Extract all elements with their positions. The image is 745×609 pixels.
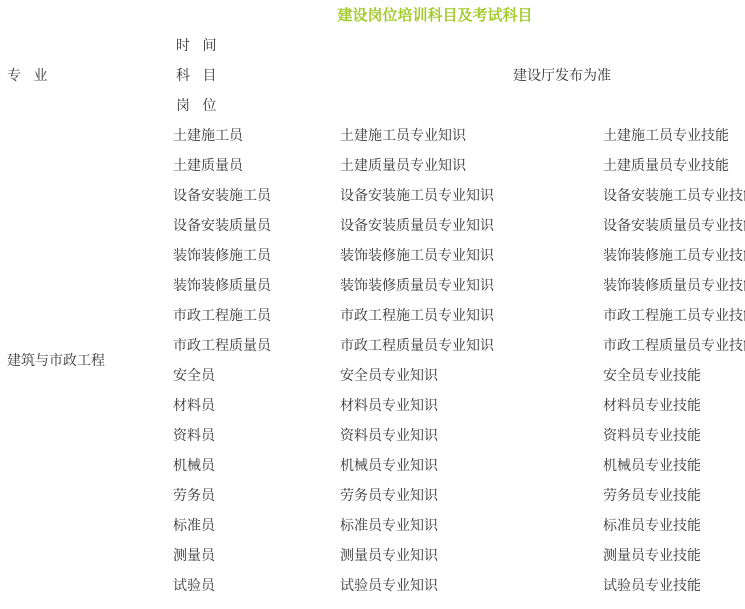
skill-subject-cell: 市政工程质量员专业技能: [603, 336, 745, 356]
position-cell: 设备安装施工员: [173, 186, 271, 206]
knowledge-subject-cell: 安全员专业知识: [340, 366, 438, 386]
knowledge-subject-cell: 土建施工员专业知识: [340, 126, 466, 146]
knowledge-subject-cell: 测量员专业知识: [340, 546, 438, 566]
specialty-header-label: 专 业: [7, 66, 51, 86]
position-cell: 安全员: [173, 366, 215, 386]
position-cell: 机械员: [173, 456, 215, 476]
position-cell: 资料员: [173, 426, 215, 446]
position-cell: 市政工程施工员: [173, 306, 271, 326]
page-title: 建设岗位培训科目及考试科目: [0, 4, 745, 25]
knowledge-subject-cell: 劳务员专业知识: [340, 486, 438, 506]
skill-subject-cell: 土建质量员专业技能: [603, 156, 729, 176]
position-cell: 材料员: [173, 396, 215, 416]
position-cell: 装饰装修施工员: [173, 246, 271, 266]
document-page: 建设岗位培训科目及考试科目 专 业 时 间 科 目 岗 位 建设厅发布为准 建筑…: [0, 0, 745, 609]
skill-subject-cell: 试验员专业技能: [603, 576, 701, 596]
specialty-value: 建筑与市政工程: [7, 351, 105, 371]
knowledge-subject-cell: 机械员专业知识: [340, 456, 438, 476]
skill-subject-cell: 安全员专业技能: [603, 366, 701, 386]
knowledge-subject-cell: 材料员专业知识: [340, 396, 438, 416]
position-cell: 试验员: [173, 576, 215, 596]
knowledge-subject-cell: 装饰装修质量员专业知识: [340, 276, 494, 296]
skill-subject-cell: 材料员专业技能: [603, 396, 701, 416]
knowledge-subject-cell: 设备安装质量员专业知识: [340, 216, 494, 236]
position-header-label: 岗 位: [176, 96, 220, 116]
skill-subject-cell: 机械员专业技能: [603, 456, 701, 476]
time-header-label: 时 间: [176, 36, 220, 56]
skill-subject-cell: 资料员专业技能: [603, 426, 701, 446]
time-value: 建设厅发布为准: [513, 66, 611, 86]
position-cell: 市政工程质量员: [173, 336, 271, 356]
position-cell: 测量员: [173, 546, 215, 566]
position-cell: 标准员: [173, 516, 215, 536]
skill-subject-cell: 土建施工员专业技能: [603, 126, 729, 146]
knowledge-subject-cell: 资料员专业知识: [340, 426, 438, 446]
subject-header-label: 科 目: [176, 66, 220, 86]
knowledge-subject-cell: 装饰装修施工员专业知识: [340, 246, 494, 266]
knowledge-subject-cell: 设备安装施工员专业知识: [340, 186, 494, 206]
skill-subject-cell: 装饰装修质量员专业技能: [603, 276, 745, 296]
skill-subject-cell: 装饰装修施工员专业技能: [603, 246, 745, 266]
skill-subject-cell: 市政工程施工员专业技能: [603, 306, 745, 326]
skill-subject-cell: 测量员专业技能: [603, 546, 701, 566]
knowledge-subject-cell: 试验员专业知识: [340, 576, 438, 596]
skill-subject-cell: 设备安装施工员专业技能: [603, 186, 745, 206]
position-cell: 设备安装质量员: [173, 216, 271, 236]
knowledge-subject-cell: 市政工程质量员专业知识: [340, 336, 494, 356]
knowledge-subject-cell: 土建质量员专业知识: [340, 156, 466, 176]
skill-subject-cell: 标准员专业技能: [603, 516, 701, 536]
position-cell: 装饰装修质量员: [173, 276, 271, 296]
knowledge-subject-cell: 标准员专业知识: [340, 516, 438, 536]
position-cell: 土建质量员: [173, 156, 243, 176]
position-cell: 劳务员: [173, 486, 215, 506]
knowledge-subject-cell: 市政工程施工员专业知识: [340, 306, 494, 326]
skill-subject-cell: 劳务员专业技能: [603, 486, 701, 506]
position-cell: 土建施工员: [173, 126, 243, 146]
skill-subject-cell: 设备安装质量员专业技能: [603, 216, 745, 236]
